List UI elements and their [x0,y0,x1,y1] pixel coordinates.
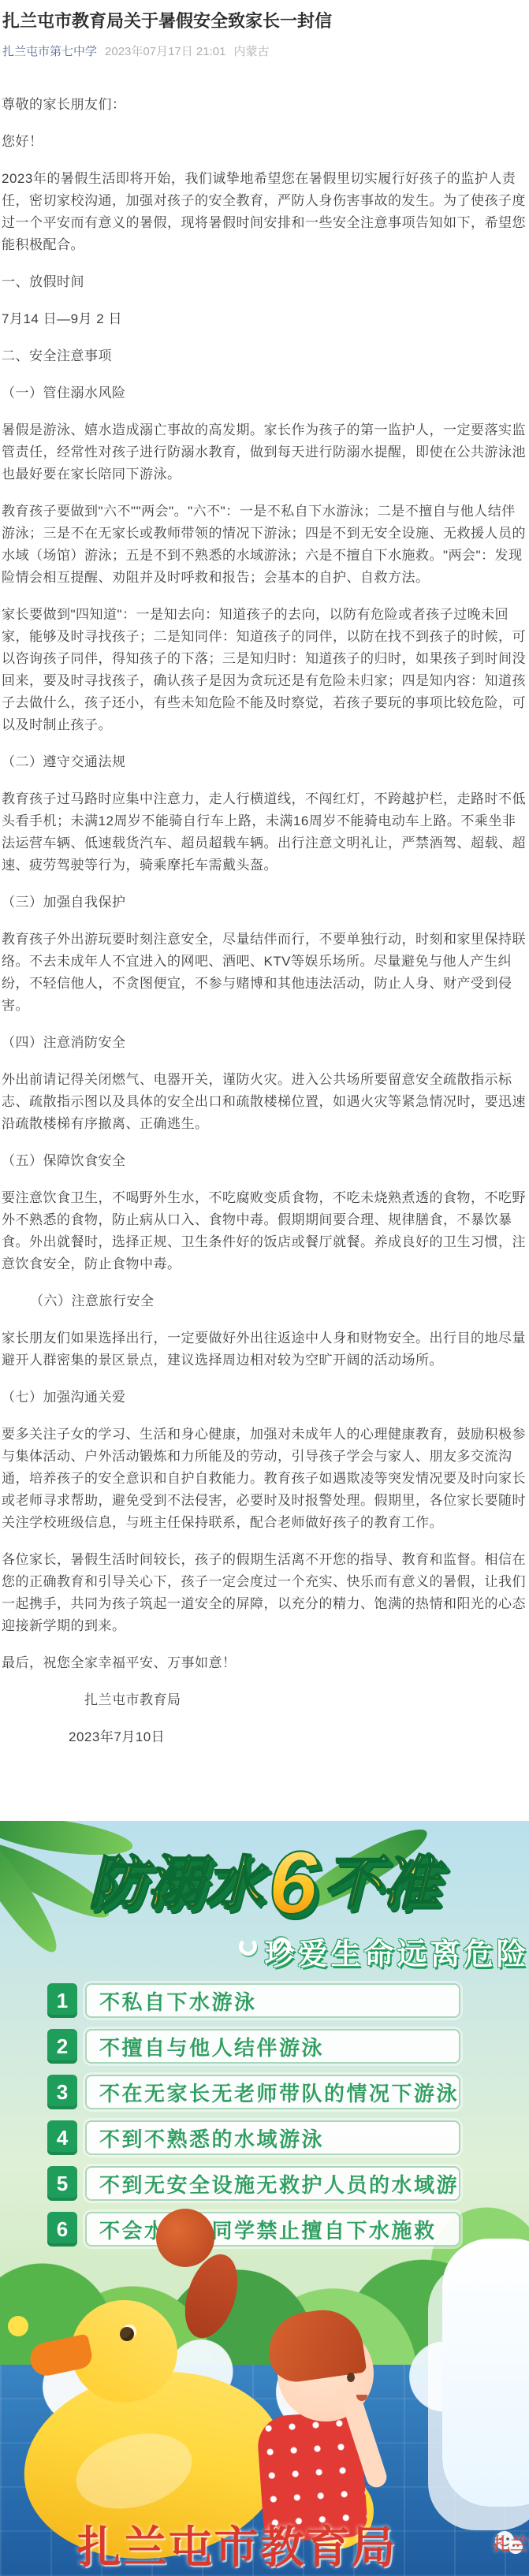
paragraph-traffic: 教育孩子过马路时应集中注意力，走人行横道线，不闯红灯，不跨越护栏，走路时不低头看… [2,788,527,877]
rule-number-badge: 3 [47,2075,77,2109]
girl-hair-bun [156,2209,214,2267]
anti-drowning-poster-image[interactable]: 防溺水6不准 珍爱生命远离危险水域 1 不私自下水游泳 2 不擅自与他人结伴游泳… [0,1821,529,2576]
heading-holiday-time: 一、放假时间 [2,271,527,293]
poster-title-prefix: 防溺水 [88,1837,263,1919]
swirl-icon [239,1938,257,1956]
rule-number-badge: 1 [47,1983,77,2018]
publish-date: 2023年07月17日 21:01 [105,44,225,60]
poster-title: 防溺水6不准 [0,1832,529,1934]
paragraph-drowning-3: 家长要做到"四知道"：一是知去向：知道孩子的去向，以防有危险或者孩子过晚未回家，… [2,604,527,736]
swirl-icon [273,1938,291,1956]
rule-item: 1 不私自下水游泳 [47,1983,460,2018]
account-name-link[interactable]: 扎兰屯市第七中学 [2,44,97,60]
signature-date: 2023年7月10日 [2,1726,527,1748]
rule-text: 不到不熟悉的水域游泳 [85,2120,460,2155]
heading-communication-care: （七）加强沟通关爱 [2,1387,527,1409]
girl-eye [347,2373,355,2382]
rule-text: 不会水性的同学禁止擅自下水施救 [85,2212,460,2247]
heading-self-protection: （三）加强自我保护 [2,892,527,914]
paragraph-self-protection: 教育孩子外出游玩要时刻注意安全，尽量结伴而行，不要单独行动，时刻和家里保持联络。… [2,929,527,1017]
paragraph-fire-safety: 外出前请记得关闭燃气、电器开关，谨防火灾。进入公共场所要留意安全疏散指示标志、疏… [2,1069,527,1135]
rule-text: 不私自下水游泳 [85,1983,460,2018]
poster-title-number: 6 [263,1832,323,1934]
rule-number-badge: 2 [47,2029,77,2064]
article-header: 扎兰屯市教育局关于暑假安全致家长一封信 扎兰屯市第七中学 2023年07月17日… [0,0,529,79]
heading-safety-notes: 二、安全注意事项 [2,345,527,367]
greeting: 您好！ [2,131,527,153]
page-title: 扎兰屯市教育局关于暑假安全致家长一封信 [2,9,527,33]
paragraph-wishes: 最后，祝您全家幸福平安、万事如意！ [2,1652,527,1674]
paragraph-travel-safety: 家长朋友们如果选择出行，一定要做好外出往返途中人身和财物安全。出行目的地尽量避开… [2,1327,527,1372]
duck-float-eye [120,2327,134,2341]
rule-item: 2 不擅自与他人结伴游泳 [47,2029,460,2064]
poster-subtitle-text: 珍爱生命远离危险水域 [265,1930,529,1973]
poster-footer-org: 扎兰屯市教育局 [0,2513,529,2576]
paragraph-drowning-2: 教育孩子要做到"六不""两会"。"六不"：一是不私自下水游泳；二是不擅自与他人结… [2,501,527,589]
article-body: 尊敬的家长朋友们： 您好！ 2023年的暑假生活即将开始，我们诚挚地希望您在暑假… [0,79,529,1821]
rule-text: 不到无安全设施无救护人员的水域游泳 [85,2166,460,2201]
heading-drowning-risk: （一）管住溺水风险 [2,382,527,404]
watermark: 扎兰屯市民族中学 [493,2530,524,2556]
rule-number-badge: 4 [47,2120,77,2155]
paragraph-drowning-1: 暑假是游泳、嬉水造成溺亡事故的高发期。家长作为孩子的第一监护人，一定要落实监管责… [2,419,527,486]
holiday-dates: 7月14 日—9月 2 日 [2,308,527,330]
paragraph-communication-care: 要多关注子女的学习、生活和身心健康，加强对未成年人的心理健康教育，鼓励积极参与集… [2,1424,527,1534]
poster-title-suffix: 不准 [324,1837,441,1919]
heading-food-safety: （五）保障饮食安全 [2,1150,527,1172]
water-splash-right [442,2239,529,2507]
paragraph-food-safety: 要注意饮食卫生，不喝野外生水，不吃腐败变质食物，不吃未烧熟煮透的食物，不吃野外不… [2,1187,527,1275]
rule-number-badge: 5 [47,2166,77,2201]
heading-travel-safety: （六）注意旅行安全 [2,1290,527,1312]
poster-rule-list: 1 不私自下水游泳 2 不擅自与他人结伴游泳 3 不在无家长无老师带队的情况下游… [47,1983,460,2247]
rule-item: 4 不到不熟悉的水域游泳 [47,2120,460,2155]
article-meta: 扎兰屯市第七中学 2023年07月17日 21:01 内蒙古 [2,44,527,60]
publish-location: 内蒙古 [233,44,269,60]
rule-item: 5 不到无安全设施无救护人员的水域游泳 [47,2166,460,2201]
poster-subtitle: 珍爱生命远离危险水域 [0,1930,529,1964]
rule-text: 不擅自与他人结伴游泳 [85,2029,460,2064]
rule-text: 不在无家长无老师带队的情况下游泳 [85,2075,460,2109]
watermark-text: 扎兰屯市民族中学 [493,2531,529,2556]
rule-item: 6 不会水性的同学禁止擅自下水施救 [47,2212,460,2247]
signature-organization: 扎兰屯市教育局 [2,1689,527,1711]
heading-fire-safety: （四）注意消防安全 [2,1032,527,1054]
salutation: 尊敬的家长朋友们： [2,94,527,116]
rule-number-badge: 6 [47,2212,77,2247]
intro-paragraph: 2023年的暑假生活即将开始，我们诚挚地希望您在暑假里切实履行好孩子的监护人责任… [2,168,527,256]
paragraph-closing: 各位家长，暑假生活时间较长，孩子的假期生活离不开您的指导、教育和监督。相信在您的… [2,1549,527,1637]
heading-traffic-rules: （二）遵守交通法规 [2,751,527,773]
rule-item: 3 不在无家长无老师带队的情况下游泳 [47,2075,460,2109]
